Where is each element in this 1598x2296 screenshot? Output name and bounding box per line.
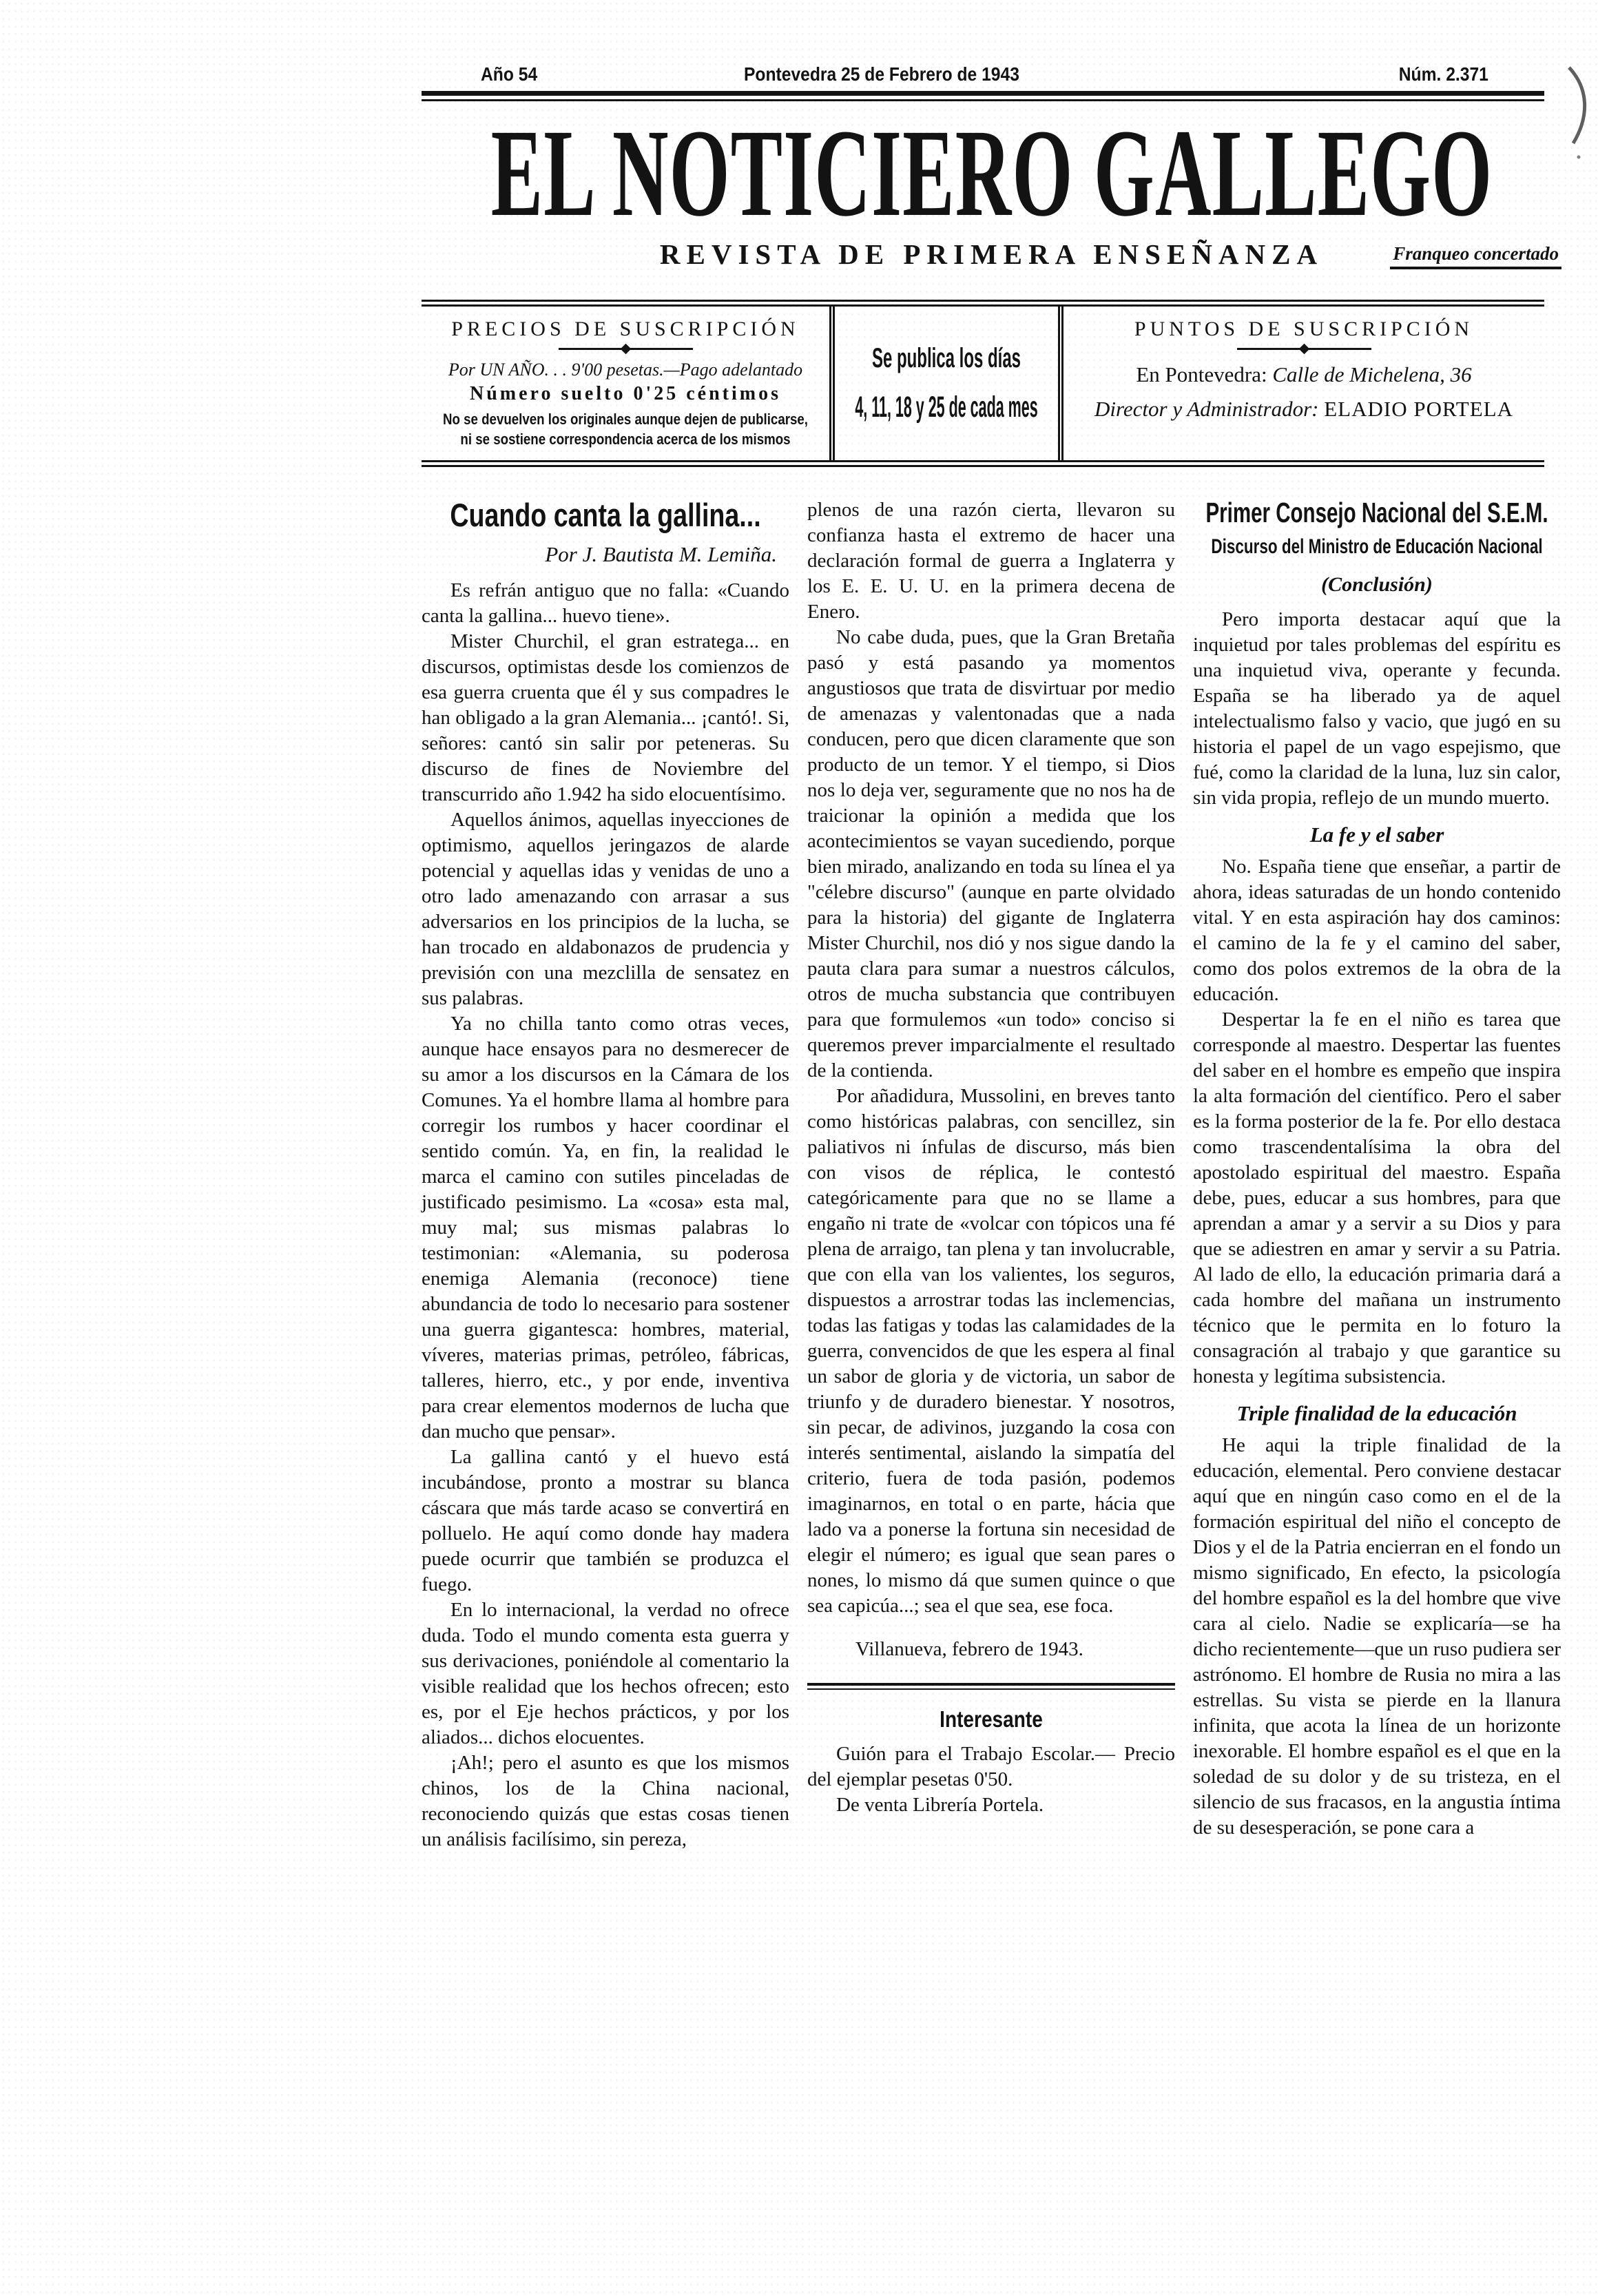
block-article-subtitle: Discurso del Ministro de Educación Nacio… [1211, 535, 1542, 559]
block-article-title-2: Primer Consejo Nacional del S.E.M. [1205, 497, 1548, 528]
block-section-head: Interesante [940, 1706, 1043, 1732]
masthead: EL NOTICIERO GALLEGO [422, 122, 1561, 227]
block-subhead: Triple finalidad de la educación [1193, 1400, 1561, 1426]
block-p: La gallina cantó y el huevo está incubán… [422, 1445, 789, 1597]
points-address-label: En Pontevedra: [1136, 362, 1267, 386]
block-p: Es refrán antiguo que no falla: «Cuando … [422, 578, 789, 629]
folio-line: Año 54 Pontevedra 25 de Febrero de 1943 … [422, 61, 1561, 91]
points-address-line: En Pontevedra: Calle de Michelena, 36 [1075, 362, 1533, 387]
director-line: Director y Administrador: ELADIO PORTELA [1075, 397, 1533, 422]
block-p: ¡Ah!; pero el asunto es que los mismos c… [422, 1750, 789, 1852]
publication-days-label: Se publica los días [872, 343, 1021, 374]
block-rule [807, 1683, 1175, 1690]
block-p: No. España tiene que enseñar, a partir d… [1193, 854, 1561, 1007]
points-box: PUNTOS DE SUSCRIPCIÓN En Pontevedra: Cal… [1063, 307, 1544, 460]
prices-box: PRECIOS DE SUSCRIPCIÓN Por UN AÑO. . . 9… [422, 307, 829, 460]
scan-pen-mark-icon [1565, 62, 1592, 172]
folio-issue-number: Núm. 2.371 [1399, 63, 1488, 85]
publication-days-value: 4, 11, 18 y 25 de cada mes [855, 391, 1037, 424]
block-byline: Por J. Bautista M. Lemiña. [422, 541, 789, 567]
newspaper-scan-page: { "colors": { "ink": "#131313", "paper":… [0, 0, 1598, 2296]
column-3: Primer Consejo Nacional del S.E.M.Discur… [1193, 497, 1561, 1852]
block-p: plenos de una razón cierta, llevaron su … [807, 497, 1175, 625]
masthead-subrow: REVISTA DE PRIMERA ENSEÑANZA Franqueo co… [422, 238, 1561, 276]
points-title: PUNTOS DE SUSCRIPCIÓN [1075, 318, 1533, 341]
folio-year: Año 54 [481, 63, 537, 85]
block-p: No cabe duda, pues, que la Gran Bretaña … [807, 625, 1175, 1084]
block-p: De venta Librería Portela. [807, 1792, 1175, 1818]
block-p: Aquellos ánimos, aquellas inyecciones de… [422, 807, 789, 1011]
block-p: Ya no chilla tanto como otras veces, aun… [422, 1011, 789, 1445]
block-p: En lo internacional, la verdad no ofrece… [422, 1597, 789, 1750]
prices-annual-line: Por UN AÑO. . . 9'00 pesetas.—Pago adela… [433, 360, 818, 380]
folio-date: Pontevedra 25 de Febrero de 1943 [744, 63, 1019, 85]
folio-rule [422, 91, 1544, 101]
prices-note-2: ni se sostiene correspondencia acerca de… [460, 429, 790, 449]
block-p: Mister Churchil, el gran estratega... en… [422, 629, 789, 807]
block-conclusion: (Conclusión) [1193, 572, 1561, 597]
block-article-title: Cuando canta la gallina... [450, 497, 760, 533]
block-p: Pero importa destacar aquí que la inquie… [1193, 607, 1561, 811]
divider-ornament-icon [433, 345, 818, 353]
franqueo-badge: Franqueo concertado [1390, 243, 1561, 269]
subscription-band: PRECIOS DE SUSCRIPCIÓN Por UN AÑO. . . 9… [422, 300, 1544, 467]
block-subhead: La fe y el saber [1193, 822, 1561, 847]
column-2: plenos de una razón cierta, llevaron su … [807, 497, 1175, 1852]
masthead-title: EL NOTICIERO GALLEGO [490, 122, 1492, 225]
block-p: Despertar la fe en el niño es tarea que … [1193, 1007, 1561, 1389]
column-1: Cuando canta la gallina...Por J. Bautist… [422, 497, 789, 1852]
divider-ornament-icon [1075, 345, 1533, 353]
block-p: He aqui la triple finalidad de la educac… [1193, 1433, 1561, 1841]
director-value: ELADIO PORTELA [1324, 397, 1513, 421]
points-address-value: Calle de Michelena, 36 [1272, 362, 1471, 386]
publication-box: Se publica los días 4, 11, 18 y 25 de ca… [829, 307, 1063, 460]
newspaper-page: Año 54 Pontevedra 25 de Febrero de 1943 … [422, 61, 1561, 1852]
prices-title: PRECIOS DE SUSCRIPCIÓN [433, 318, 818, 341]
block-p: Guión para el Trabajo Escolar.— Precio d… [807, 1741, 1175, 1792]
prices-single-line: Número suelto 0'25 céntimos [433, 383, 818, 405]
block-p: Por añadidura, Mussolini, en breves tant… [807, 1084, 1175, 1619]
prices-note-1: No se devuelven los originales aunque de… [443, 409, 808, 429]
article-columns: Cuando canta la gallina...Por J. Bautist… [422, 497, 1561, 1852]
block-dateline: Villanueva, febrero de 1943. [807, 1637, 1175, 1662]
director-label: Director y Administrador: [1094, 397, 1319, 421]
